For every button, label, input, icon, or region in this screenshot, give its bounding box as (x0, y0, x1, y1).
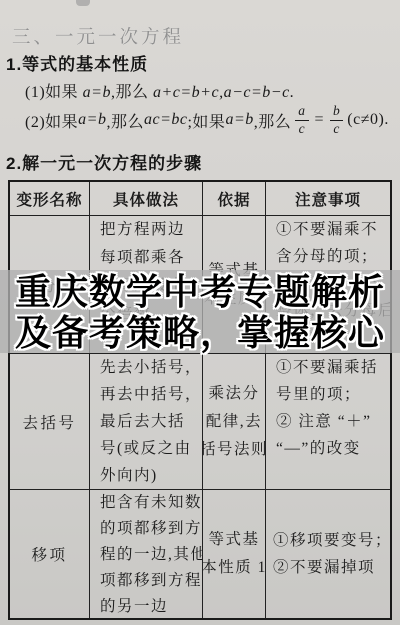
row-notes-yixiang: ①移项要变号； ②不要漏掉项 (266, 490, 390, 618)
note-line: “—”的改变 (276, 435, 386, 462)
note-line: ①不要漏乘括 (276, 354, 386, 381)
section-title: 三、一元一次方程 (12, 23, 184, 49)
property-2-text: ;如果 (187, 109, 225, 132)
note-line: ①移项要变号； (273, 527, 387, 554)
basis-line: 配律,去 (206, 408, 262, 436)
fraction-denominator: c (333, 121, 340, 137)
fraction-numerator: b (330, 104, 343, 121)
property-1-text: (1)如果 (25, 84, 83, 101)
textbook-page-photo: 三、一元一次方程 1.等式的基本性质 (1)如果 a=b,那么 a+c=b+c,… (0, 0, 400, 625)
basis-line: 乘法分 (208, 380, 259, 408)
row-notes-qukuohao: ①不要漏乘括 号里的项； ② 注意 “＋” “—”的改变 (266, 354, 390, 490)
property-2: (2)如果 a=b,那么 ac=bc;如果 a=b,那么 ac = bc (c≠… (25, 100, 389, 140)
method-line: 的项都移到方 (100, 516, 198, 542)
method-line: 再去中括号， (100, 381, 198, 408)
method-line: 先去小括号， (100, 354, 198, 381)
col-header-name: 变形名称 (10, 182, 90, 216)
method-line: 每项都乘各 (100, 244, 198, 272)
property-2-text: ,那么 (254, 109, 292, 132)
math-expression: a=b (78, 111, 106, 129)
row-basis-qukuohao: 乘法分 配律,去 括号法则 (203, 354, 266, 490)
steps-table: 变形名称 具体做法 依据 注意事项 去分母 把方程两边 每项都乘各 分母的最小 … (8, 180, 392, 620)
method-line: 把方程两边 (100, 216, 198, 244)
note-line: ②不要漏掉项 (273, 554, 387, 581)
note-line: 号里的项； (276, 381, 386, 408)
row-name-yixiang: 移项 (10, 490, 90, 618)
fraction-a-over-c: ac (295, 104, 308, 137)
watermark-line-1: 重庆数学中考专题解析 (0, 271, 400, 312)
method-line: 项都移到方程 (100, 568, 198, 594)
row-method-qukuohao: 先去小括号， 再去中括号， 最后去大括 号(或反之由 外向内) (90, 354, 203, 490)
method-line: 外向内) (100, 462, 198, 489)
math-expression: a=b (225, 111, 253, 129)
property-2-text: ,那么 (106, 109, 144, 132)
watermark-caption: 重庆数学中考专题解析 及备考策略，掌握核心 (0, 271, 400, 353)
fraction-b-over-c: bc (330, 104, 343, 137)
property-2-condition: (c≠0). (347, 111, 389, 129)
fraction-numerator: a (295, 104, 308, 121)
basis-line: 括号法则 (203, 436, 266, 464)
method-line: 把含有未知数 (100, 490, 198, 516)
row-basis-yixiang: 等式基 本性质 1 (203, 490, 266, 618)
heading-equation-properties: 1.等式的基本性质 (6, 50, 148, 75)
note-line: 含分母的项； (276, 243, 386, 270)
col-header-method: 具体做法 (90, 182, 203, 216)
math-expression: a=b (83, 84, 111, 101)
fraction-denominator: c (299, 121, 306, 137)
watermark-line-2: 及备考策略，掌握核心 (0, 312, 400, 353)
property-2-text: (2)如果 (25, 109, 78, 132)
method-line: 号(或反之由 (100, 435, 198, 462)
equals-sign: = (315, 111, 325, 129)
row-name-qukuohao: 去括号 (10, 354, 90, 490)
row-method-yixiang: 把含有未知数 的项都移到方 程的一边,其他 项都移到方程 的另一边 (90, 490, 203, 618)
property-1: (1)如果 a=b,那么 a+c=b+c,a−c=b−c. (25, 79, 294, 102)
note-line: ② 注意 “＋” (276, 408, 386, 435)
note-line: ①不要漏乘不 (276, 216, 386, 243)
basis-line: 等式基 (208, 526, 259, 554)
heading-solving-steps: 2.解一元一次方程的步骤 (6, 149, 202, 174)
photo-smudge (76, 0, 90, 6)
method-line: 的另一边 (100, 594, 198, 618)
col-header-notes: 注意事项 (266, 182, 390, 216)
property-1-text: . (290, 84, 295, 101)
property-1-text: ,那么 (111, 84, 153, 101)
col-header-basis: 依据 (203, 182, 266, 216)
basis-line: 本性质 1 (203, 554, 266, 582)
math-expression: a+c=b+c,a−c=b−c (153, 84, 290, 101)
math-expression: ac=bc (144, 111, 188, 129)
method-line: 程的一边,其他 (100, 542, 198, 568)
method-line: 最后去大括 (100, 408, 198, 435)
